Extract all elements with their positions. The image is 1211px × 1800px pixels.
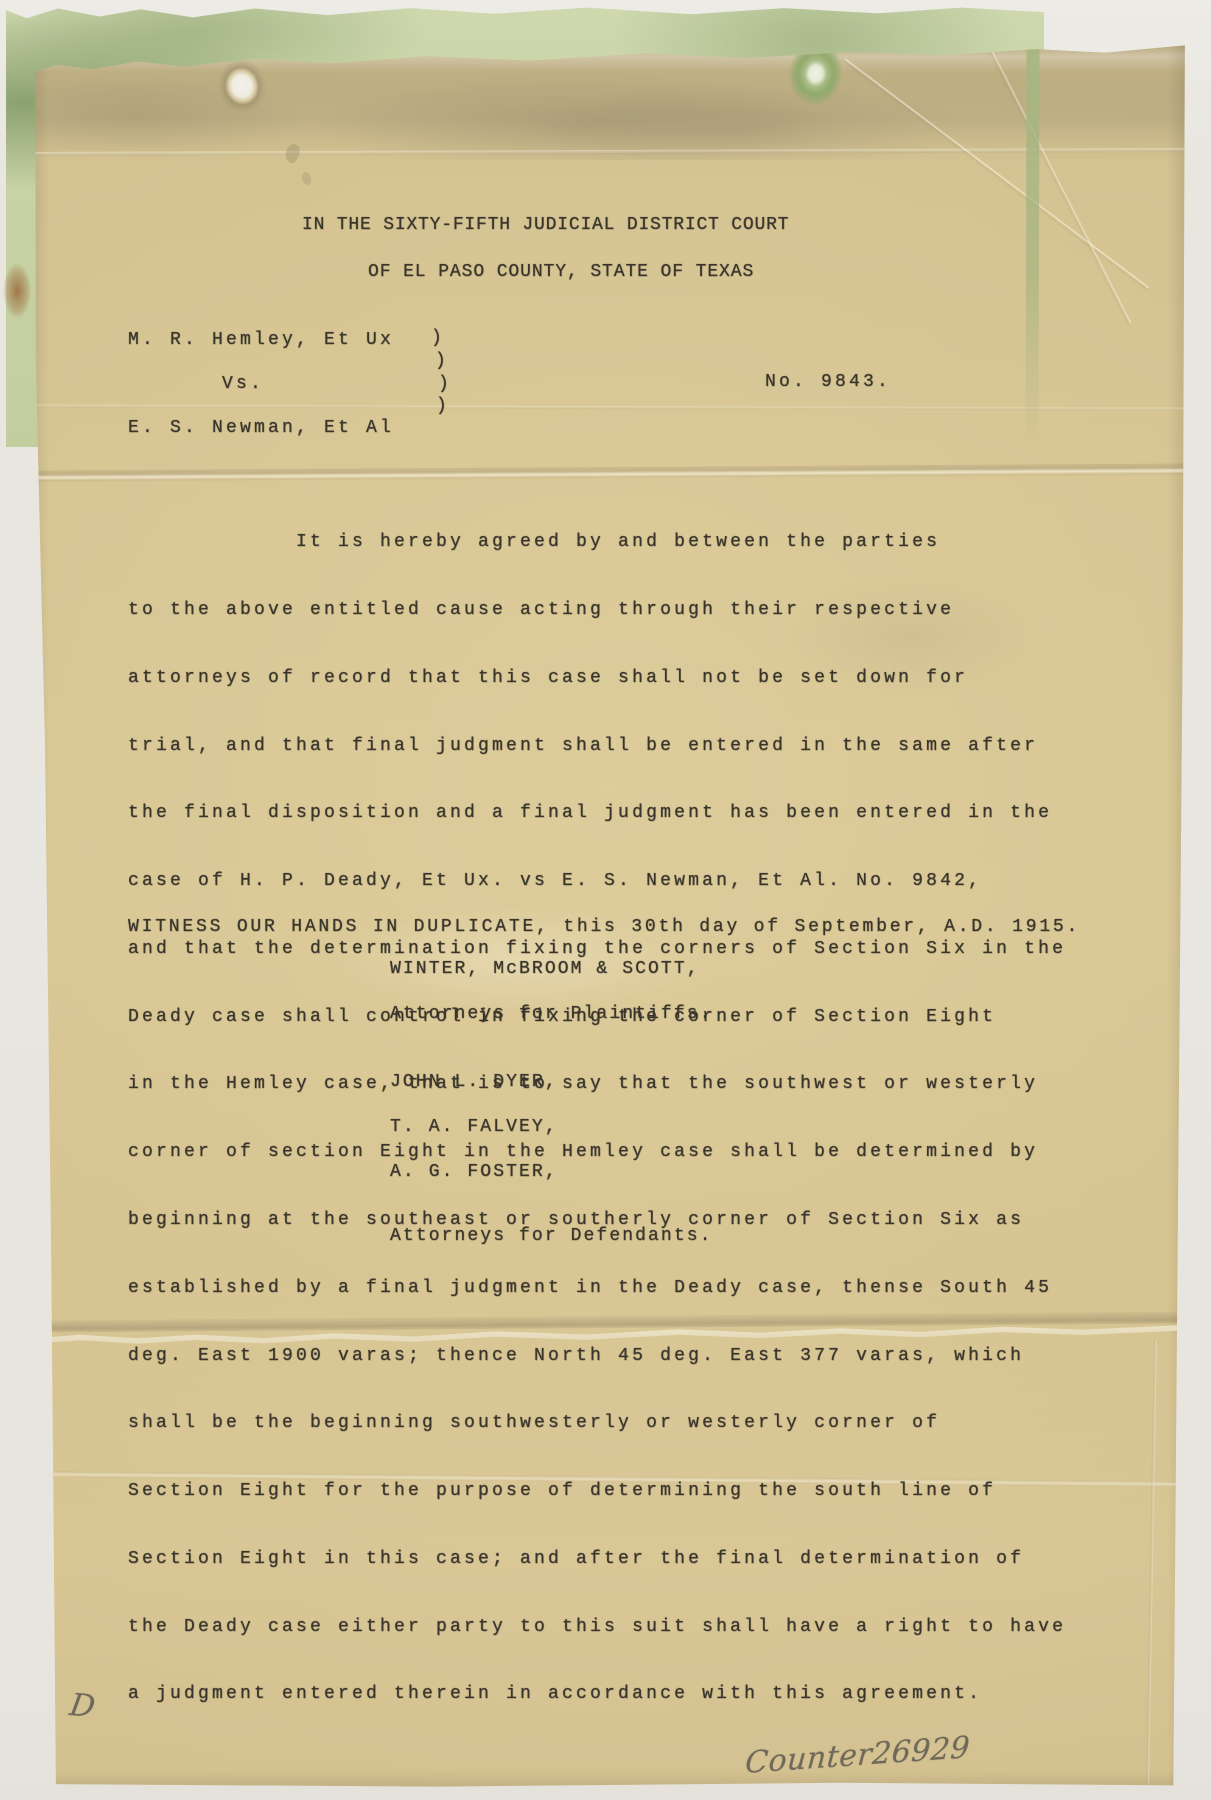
body-line: shall be the beginning southwesterly or … bbox=[128, 1412, 1066, 1435]
body-line: It is hereby agreed by and between the p… bbox=[128, 531, 1066, 554]
plaintiff-name: M. R. Hemley, Et Ux bbox=[128, 329, 394, 352]
body-line: a judgment entered therein in accordance… bbox=[128, 1683, 1066, 1706]
body-line: attorneys of record that this case shall… bbox=[128, 667, 1066, 690]
body-line: deg. East 1900 varas; thence North 45 de… bbox=[128, 1345, 1066, 1368]
signature-role-plaintiffs: Attorneys for Plaintiffs. bbox=[390, 1003, 713, 1026]
rust-stain bbox=[2, 256, 38, 326]
defendant-name: E. S. Newman, Et Al bbox=[128, 417, 394, 440]
agreement-paragraph: It is hereby agreed by and between the p… bbox=[128, 486, 1066, 1751]
signature-falvey: T. A. FALVEY, bbox=[390, 1116, 558, 1139]
crease-line-caption bbox=[34, 404, 1186, 410]
caption-bracket: ) bbox=[431, 327, 445, 350]
backing-edge-sliver bbox=[1025, 44, 1039, 452]
witness-line: WITNESS OUR HANDS IN DUPLICATE, this 30t… bbox=[128, 916, 1080, 939]
body-line: the Deady case either party to this suit… bbox=[128, 1616, 1066, 1639]
body-line: Section Eight for the purpose of determi… bbox=[128, 1480, 1066, 1503]
body-line: the final disposition and a final judgme… bbox=[128, 802, 1066, 825]
body-line: case of H. P. Deady, Et Ux. vs E. S. New… bbox=[128, 870, 1066, 893]
signature-foster: A. G. FOSTER, bbox=[390, 1161, 558, 1184]
versus-label: Vs. bbox=[222, 373, 264, 396]
body-line: Section Eight in this case; and after th… bbox=[128, 1548, 1066, 1571]
body-line: to the above entitled cause acting throu… bbox=[128, 599, 1066, 622]
court-title-line1: IN THE SIXTY-FIFTH JUDICIAL DISTRICT COU… bbox=[302, 214, 789, 237]
caption-bracket: ) bbox=[438, 373, 452, 396]
signature-role-defendants: Attorneys for Defendants. bbox=[390, 1225, 713, 1248]
signature-dyer: JOHN L. DYER, bbox=[390, 1071, 558, 1094]
body-line: corner of section Eight in the Hemley ca… bbox=[128, 1141, 1066, 1164]
document-scan: IN THE SIXTY-FIFTH JUDICIAL DISTRICT COU… bbox=[0, 0, 1211, 1800]
body-line: trial, and that final judgment shall be … bbox=[128, 735, 1066, 758]
body-line: in the Hemley case, that is to say that … bbox=[128, 1073, 1066, 1096]
caption-bracket: ) bbox=[435, 350, 449, 373]
body-line: established by a final judgment in the D… bbox=[128, 1277, 1066, 1300]
case-number: No. 9843. bbox=[765, 371, 891, 394]
paper-tear-speck bbox=[300, 171, 312, 186]
vertical-crease-right bbox=[1146, 1340, 1157, 1785]
signature-firm-plaintiffs: WINTER, McBROOM & SCOTT, bbox=[390, 958, 700, 981]
court-title-line2: OF EL PASO COUNTY, STATE OF TEXAS bbox=[368, 261, 754, 284]
fold-crease-upper bbox=[34, 463, 1186, 482]
caption-bracket: ) bbox=[436, 395, 450, 418]
